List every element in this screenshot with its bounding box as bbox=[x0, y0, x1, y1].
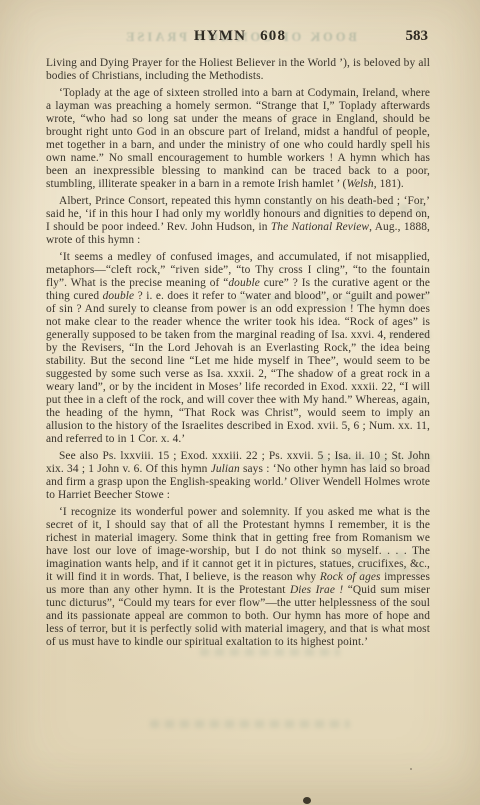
italic-text-run: Welsh bbox=[346, 178, 373, 190]
holmes-quote: ‘I recognize its wonderful power and sol… bbox=[46, 502, 430, 649]
italic-text-run: Dies Irae ! bbox=[290, 584, 343, 596]
show-through-smudge bbox=[200, 648, 340, 656]
albert-paragraph: Albert, Prince Consort, repeated this hy… bbox=[46, 191, 430, 247]
ink-speck bbox=[410, 768, 412, 770]
show-through-smudge bbox=[150, 720, 350, 728]
hudson-quote: ‘It seems a medley of confused images, a… bbox=[46, 247, 430, 446]
intro-continuation: Living and Dying Prayer for the Holiest … bbox=[46, 57, 430, 83]
toplady-anecdote: ‘Toplady at the age of sixteen strolled … bbox=[46, 83, 430, 191]
italic-text-run: double bbox=[228, 277, 260, 289]
italic-text-run: The National Review bbox=[271, 221, 369, 233]
italic-text-run: Julian bbox=[211, 463, 240, 475]
ink-speck bbox=[303, 797, 311, 804]
text-run: ‘Toplady at the age of sixteen strolled … bbox=[46, 87, 430, 190]
italic-text-run: double bbox=[103, 290, 135, 302]
text-block: Living and Dying Prayer for the Holiest … bbox=[46, 57, 430, 649]
italic-text-run: Rock of ages bbox=[320, 571, 381, 583]
text-run: ? i. e. does it refer to “water and bloo… bbox=[46, 290, 430, 445]
text-run: , 181). bbox=[374, 178, 404, 190]
page-number: 583 bbox=[406, 28, 429, 45]
book-page: BOOK OF COMMON PRAISE HYMN 608 583 Livin… bbox=[0, 0, 480, 805]
text-run: Living and Dying Prayer for the Holiest … bbox=[46, 57, 430, 82]
see-also-paragraph: See also Ps. lxxviii. 15 ; Exod. xxxiii.… bbox=[46, 446, 430, 502]
